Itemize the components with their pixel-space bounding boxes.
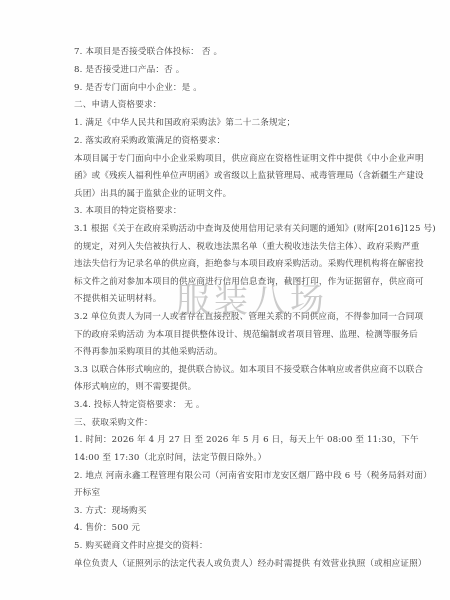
text-line: 3.1 根据《关于在政府采购活动中查询及使用信用记录有关问题的通知》(财库[20…	[74, 224, 436, 234]
watermark: 服装八场	[176, 283, 328, 319]
text-line: 4. 售价：500 元	[74, 523, 140, 533]
text-line: 8. 是否接受进口产品：否 。	[74, 65, 184, 75]
text-line: 3. 方式：现场购买	[74, 506, 147, 516]
text-line: 3. 本项目的特定资格要求：	[74, 206, 182, 216]
text-line: 1. 时间：2026 年 4 月 27 日 至 2026 年 5 月 6 日，每…	[74, 435, 419, 445]
text-line: 下的政府采购活动 为本项目提供整体设计、规范编制或者项目管理、监理、检测等服务后	[74, 330, 418, 340]
section-heading: 二、申请人资格要求：	[74, 100, 161, 110]
text-line: 2. 落实政府采购政策满足的资格要求：	[74, 136, 225, 146]
document-page: 7. 本项目是否接受联合体投标： 否 。 8. 是否接受进口产品：否 。 9. …	[0, 0, 450, 600]
text-line: 不得再参加采购项目的其他采购活动。	[74, 347, 223, 357]
text-line: 9. 是否专门面向中小企业：是 。	[74, 83, 202, 93]
text-line: 的规定，对列入失信被执行人、税收违法黑名单（重大税收违法失信主体）、政府采购严重	[74, 242, 419, 252]
text-line: 违法失信行为记录名单的供应商，拒绝参与本项目政府采购活动。采购代理机构将在解密投	[74, 259, 424, 269]
text-line: 14:00 至 17:30（北京时间，法定节假日除外。）	[74, 453, 266, 463]
text-line: 本项目属于专门面向中小企业采购项目，供应商应在资格性证明文件中提供《中小企业声明	[74, 154, 424, 164]
text-line: 函》或《残疾人福利性单位声明函》或省级以上监狱管理局、戒毒管理局（含新疆生产建设	[74, 171, 424, 181]
text-line: 1. 满足《中华人民共和国政府采购法》第二十二条规定；	[74, 118, 295, 128]
text-line: 开标室	[74, 488, 100, 498]
text-line: 5. 购买磋商文件时应提交的资料：	[74, 541, 208, 551]
text-line: 单位负责人（证照列示的法定代表人或负责人）经办时需提供 有效营业执照（或相应证照…	[74, 559, 427, 569]
text-line: 不提供相关证明材料。	[74, 294, 161, 304]
text-line: 7. 本项目是否接受联合体投标： 否 。	[74, 47, 222, 57]
section-heading: 三、获取采购文件：	[74, 418, 153, 428]
text-line: 体形式响应的，则不需要提供。	[74, 382, 196, 392]
text-line: 3.3 以联合体形式响应的，提供联合协议。如本项目不接受联合体响应或者供应商不以…	[74, 365, 423, 375]
text-line: 3.4. 投标人特定资格要求： 无 。	[74, 400, 205, 410]
text-line: 2. 地点 河南永鑫工程管理有限公司（河南省安阳市龙安区烟厂路中段 6 号（税务…	[74, 471, 432, 481]
text-line: 兵团）出具的属于监狱企业的证明文件。	[74, 189, 231, 199]
